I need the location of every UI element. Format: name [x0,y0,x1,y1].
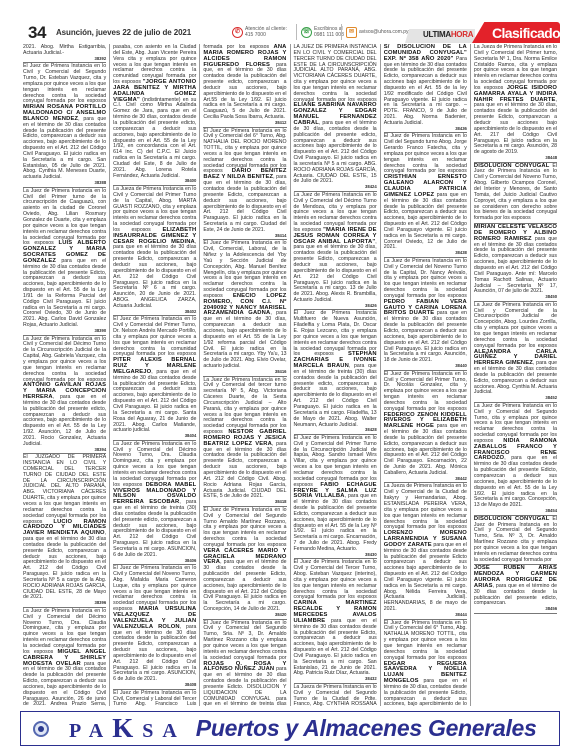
notice-text: , para que en el término de 30 días, con… [294,120,377,184]
legal-notice: LA JUEZ DE PRIMERA INSTANCIA EN LO CIVIL… [294,44,377,192]
legal-notice: El Juez de Primera Instancia en lo Civil… [294,559,377,683]
legal-notice: El Juez de Primera Instancia Multifuero … [294,310,377,434]
notice-ref-code: 38412 [203,121,286,126]
notice-text: La Jueza de Primera Instancia en lo Civi… [474,44,557,91]
notice-ref-code: 38436 [384,127,467,132]
legal-notice: formada por los esposos ANA MARIA ROMERO… [203,44,286,128]
notice-text: para que en el término de 30 días contad… [384,310,467,363]
notice-ref-code: 38452 [474,396,557,401]
legal-notice: DISOLUCION CONYUGAL El Juez de Primera I… [474,516,557,566]
legal-notice: La Juez de Primera Instancia en lo Civil… [23,608,106,706]
legal-notice: El Juez de Primera Instancia en lo Civil… [113,316,196,440]
classifieds-columns: 2021. Abog. Mirtha Estigarribia, Actuari… [20,44,560,706]
legal-notice: El Juez de Primera Instancia en lo Civil… [294,435,377,559]
notice-text: , para que en el término de treinta (30)… [113,499,196,558]
notice-ref-code: 38406 [113,559,196,564]
issue-date: Asunción, jueves 22 de julio de 2021 [56,28,191,37]
notice-ref-code: 38390 [23,329,106,334]
notice-text: , para que en el término de 30 días cont… [203,441,286,500]
legal-notice: El JUZGADO DE PRIMERA INSTANCIA EN LO CI… [23,454,106,608]
advertisement-banner: PAKSA Puertos y Almacenes Generales [20,711,560,746]
whatsapp-icon: ☏ [301,27,312,38]
notice-ref-code: 38430 [294,553,377,558]
legal-notice: El Juez de Primera Instancia en lo Civil… [384,620,467,706]
legal-notice: El Juez de Primera Instancia en lo Civil… [384,371,467,484]
banner-acronym: PAKSA [69,713,186,744]
contact-value: avisos@uhora.com.py [359,29,409,35]
notice-text: El Juez de Primera Instancia en lo Civil… [23,63,106,104]
legal-notice: La Jueza de Primera Instancia en lo Civi… [294,684,377,706]
notice-text: para que en el término de 30 días contad… [294,618,377,677]
notice-text: La Jueza de Primera Instancia en lo Civi… [384,483,467,530]
notice-text: para que en el término de 30 días contad… [384,192,467,251]
notice-text: para que en el término de 30 días contad… [23,258,106,328]
notice-ref-code: 38424 [294,185,377,190]
notice-text: El Juez de Primera Instancia en lo Civil… [294,559,377,600]
classified-column-2: pasaba, con asiento en la Ciudad del Est… [110,44,200,706]
legal-notice: La Jueza de Primera Instancia en lo Civi… [113,186,196,316]
notice-text: La Jueza de Primera Instancia en lo Civi… [113,186,196,233]
notice-ref-code: 38454 [474,509,557,514]
notice-ref-code: 38428 [294,428,377,433]
notice-ref-code: 38418 [203,500,286,505]
legal-notice: El Juez de Primera Instancia en lo Civil… [203,620,286,706]
classified-column-1: 2021. Abog. Mirtha Estigarribia, Actuari… [20,44,110,706]
notice-text: para que en el término de 30 días contad… [384,423,467,476]
notice-ref-code: 38442 [384,477,467,482]
notice-text: , para que en el término de 30 días cont… [474,360,557,395]
notice-text: , para que en el término de 30 días, com… [203,310,286,369]
notice-text: La Juez de Primera Instancia en lo Civil… [23,336,106,383]
notice-text: La Jueza de Primera Instancia en lo Civi… [294,684,377,706]
legal-notice: pasaba, con asiento en la Ciudad del Est… [113,44,196,186]
notice-text: , para que en el término de 30 días cont… [203,559,286,612]
logo-part-hora: HORA [451,30,473,39]
notice-ref-code: 38402 [113,310,196,315]
legal-notice: La Juez de Primera Instancia en lo Civil… [474,302,557,403]
notice-text: , para que en el término de 30 días cont… [23,116,106,180]
legal-notice: DISOLUCION CONYUGAL El Juez de Primera I… [474,163,557,224]
notice-ref-code: 38400 [113,179,196,184]
notice-text: El Juez de Primera Instancia en lo Civil… [294,435,377,488]
notice-ref-code: 38444 [384,613,467,618]
legal-notice: El Juez de Primera Instancia en lo Civil… [23,63,106,187]
notice-text: La Juez de Primera Instancia en lo Civil… [23,608,106,655]
legal-notice: El Juez de Primera Instancia en lo Civil… [203,507,286,620]
notice-text: La Juez de Primera Instancia en lo Civil… [474,302,557,349]
notice-text: El Juez de Primera Instancia en lo Civil… [203,128,286,175]
notice-text: 2021. Abog. Mirtha Estigarribia, Actuari… [23,44,106,56]
notice-text: para que en el término de 30 días contad… [384,542,467,612]
notice-text: El Juez de Primera Instancia en lo Civil… [203,620,286,661]
legal-notice: El Juez de Primera Instancia en lo Civil… [384,133,467,257]
notice-text: , para que en el término de 30 días cont… [23,394,106,447]
legal-notice: 2021. Abog. Mirtha Estigarribia, Actuari… [23,44,106,63]
notice-text: El Juez de Primera Instancia en lo Civil… [113,690,196,706]
notice-text: , para que en el término de treinta (30)… [294,363,377,427]
mail-icon: ✉ [346,27,357,38]
legal-notice: JOSE RUBEN ARIAS MENDOZA Y CARMEN AURORA… [474,565,557,614]
notice-text: para que en el término de 30 días contad… [23,661,106,707]
newspaper-logo: ULTIMAHORA [423,30,473,39]
contact-value: 415 7000 [245,32,266,38]
notice-ref-code: 38438 [384,251,467,256]
notice-ref-code: 38440 [384,364,467,369]
notice-ref-code: 38456 [474,607,557,612]
notice-text: El Juez de Primera Instancia en lo Civil… [384,133,467,174]
notice-ref-code: 38396 [23,601,106,606]
email-contact: ✉ avisos@uhora.com.py [341,24,409,40]
contact-value: 0981 111 003 [314,32,344,38]
notice-ref-code: 38416 [203,370,286,375]
notice-text: El Juez de Primera Instancia en lo Civil… [113,316,196,357]
notice-text: , para que en el término de 30 días cont… [294,493,377,552]
legal-notice: La Jueza de Primera Instancia en lo Civi… [384,483,467,619]
classified-column-5: S/ DISOLUCIÓN DE LA COMUNIDAD CONYUGAL" … [381,44,471,706]
notice-text: El Juez de Primera Instancia en lo Civil… [384,371,467,412]
legal-notice: La Juez de Primera Instancia en lo Civil… [384,258,467,371]
notice-ref-code: 38392 [23,57,106,62]
page-number: 34 [28,23,46,43]
notice-text: El Juez de Primera Instancia Multifuero … [294,310,377,357]
notice-text: El Juez de Primera Instancia en lo Civil… [474,516,557,563]
notice-text: , para que en el término de 30 días, con… [203,174,286,233]
notice-text: La Juez de Primera Instancia en lo Civil… [113,441,196,488]
legal-notice: El Juez de Primera Instancia en lo Civil… [203,240,286,376]
legal-notice: La Jueza de Primera Instancia en lo Civi… [474,44,557,163]
notice-text: , para que en el término de 30 días, con… [294,239,377,303]
classified-column-3: formada por los esposos ANA MARIA ROMERO… [200,44,290,706]
notice-text: LA JUEZ DE PRIMERA INSTANCIA EN LO CIVIL… [294,44,377,103]
notice-text: , para que en el término de 30 días cont… [113,369,196,433]
legal-notice: El Juez de Primera Instancia en lo Civil… [113,565,196,689]
customer-service-contact: ✆ Atención al cliente:415 7000 [232,24,287,40]
notice-text: El Juez de Primera Instancia en lo Civil… [113,565,196,612]
notice-text: , para que en el término de 30 días cont… [113,624,196,683]
notice-text: El Juez de Primera Instancia en lo Civil… [384,620,467,661]
legal-notice: La Juez de Primera Instancia en lo Civil… [113,441,196,565]
classified-column-6: La Jueza de Primera Instancia en lo Civi… [471,44,560,706]
notice-text: El Juez de Primera Instancia en lo Civil… [203,240,286,299]
logo-part-ultima: ULTIMA [423,30,451,39]
notice-text: El Juez de Primera Instancia en lo Civil… [474,163,557,222]
notice-text: La Juez de Primera Instancia en lo Civil… [203,377,286,436]
notice-text: , para que en el término de 30 días cont… [113,239,196,309]
legal-notice: La Juez de Primera Instancia en lo Civil… [203,377,286,507]
section-title: Clasificados [492,25,567,41]
notice-text: , para que en el término de 30 días, con… [474,97,557,156]
banner-company-name: Puertos y Almacenes Generales [196,715,537,742]
notice-ref-code: 38448 [474,156,557,161]
legal-notice: La Juez de Primera Instancia en lo Civil… [474,403,557,516]
phone-icon: ✆ [232,27,243,38]
notice-ref-code: 38420 [203,613,286,618]
legal-notice: MIRIAN CELESTE VELASCO DE ROMERO y ALBIN… [474,224,557,302]
legal-notice: El Juez de Primera Instancia en lo Civil… [113,690,196,706]
whatsapp-contact: ☏ Escríbinos al0981 111 003 [296,24,344,40]
notice-ref-code: 38394 [23,448,106,453]
notice-ref-code: 38426 [294,304,377,309]
legal-notice: La Juez de Primera Instancia en lo Civil… [23,336,106,455]
notice-text: para que en el término de 30 días contad… [203,666,286,706]
notice-text: La Juez de Primera Instancia en lo Civil… [384,258,467,299]
notice-text: para que en el término de 30 días contad… [474,236,557,295]
notice-text: La Juez de Primera Instancia en lo Civil… [23,188,106,247]
notice-ref-code: 38388 [23,181,106,186]
legal-notice: S/ DISOLUCIÓN DE LA COMUNIDAD CONYUGAL" … [384,44,467,133]
notice-ref-code: 38404 [113,434,196,439]
notice-text: para que, en el término de 30 días conta… [203,62,286,121]
classified-column-4: LA JUEZ DE PRIMERA INSTANCIA EN LO CIVIL… [291,44,381,706]
notice-ref-code: 38450 [474,295,557,300]
notice-text: , para que en el término de 30 días cont… [474,455,557,508]
legal-notice: La Juez de Primera Instancia en lo Civil… [23,188,106,336]
notice-text: Para que en término de 30 días contados … [384,56,467,126]
notice-ref-code: 38432 [294,677,377,682]
paksa-seal-icon [33,721,49,737]
legal-notice: La Juez de Primera Instancia en lo Civil… [294,192,377,311]
legal-notice: El Juez de Primera Instancia en lo Civil… [203,128,286,241]
notice-ref-code: 38408 [113,683,196,688]
notice-ref-code: 38414 [203,234,286,239]
notice-text: , para que en el término de 30 días cont… [23,530,106,600]
notice-text: El JUZGADO DE PRIMERA INSTANCIA EN LO CI… [23,454,106,524]
page-header: 34 Asunción, jueves 22 de julio de 2021 … [20,20,560,40]
notice-text: (indistintamente) en su C.I. Civil como … [113,97,196,179]
notice-text: El Juez de Primera Instancia en lo Civil… [203,507,286,548]
